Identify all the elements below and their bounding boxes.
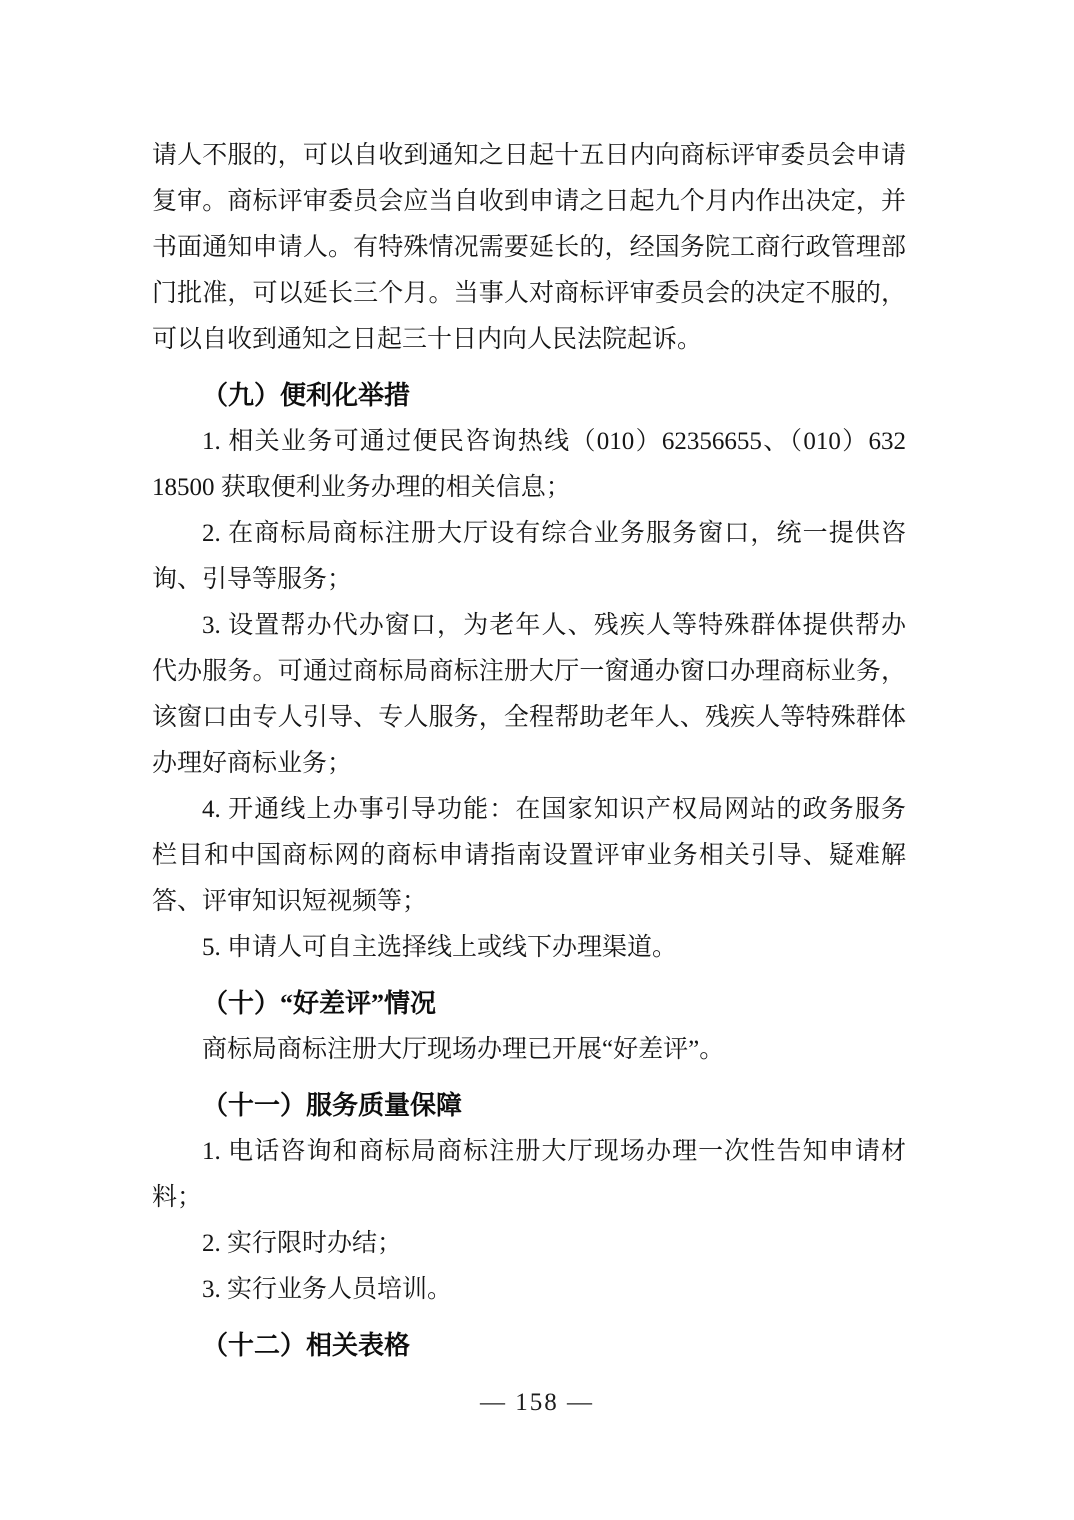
text-line: 4. 开通线上办事引导功能：在国家知识产权局网站的政务服务 xyxy=(152,787,906,833)
section-9-item-5: 5. 申请人可自主选择线上或线下办理渠道。 xyxy=(152,925,906,971)
section-9-item-4: 4. 开通线上办事引导功能：在国家知识产权局网站的政务服务栏目和中国商标网的商标… xyxy=(152,787,906,925)
section-11-item-3: 3. 实行业务人员培训。 xyxy=(152,1267,906,1313)
text-line: 1. 电话咨询和商标局商标注册大厅现场办理一次性告知申请材 xyxy=(152,1129,906,1175)
section-9-item-3: 3. 设置帮办代办窗口，为老年人、残疾人等特殊群体提供帮办代办服务。可通过商标局… xyxy=(152,603,906,787)
section-9-item-2: 2. 在商标局商标注册大厅设有综合业务服务窗口，统一提供咨询、引导等服务； xyxy=(152,511,906,603)
document-page: 请人不服的，可以自收到通知之日起十五日内向商标评审委员会申请复审。商标评审委员会… xyxy=(0,0,1074,1520)
text-line: 2. 在商标局商标注册大厅设有综合业务服务窗口，统一提供咨 xyxy=(152,511,906,557)
text-line: 书面通知申请人。有特殊情况需要延长的，经国务院工商行政管理部 xyxy=(152,225,906,271)
section-12-heading: （十二）相关表格 xyxy=(152,1323,906,1369)
section-9-item-1: 1. 相关业务可通过便民咨询热线（010）62356655、（010）63218… xyxy=(152,419,906,511)
text-line: 3. 设置帮办代办窗口，为老年人、残疾人等特殊群体提供帮办 xyxy=(152,603,906,649)
page-footer: — 158 — xyxy=(0,1383,1074,1423)
text-line: 该窗口由专人引导、专人服务，全程帮助老年人、残疾人等特殊群体 xyxy=(152,695,906,741)
text-line: 门批准，可以延长三个月。当事人对商标评审委员会的决定不服的， xyxy=(152,271,906,317)
continued-paragraph-review: 请人不服的，可以自收到通知之日起十五日内向商标评审委员会申请复审。商标评审委员会… xyxy=(152,133,906,363)
text-line: 料； xyxy=(152,1175,906,1221)
text-line: 复审。商标评审委员会应当自收到申请之日起九个月内作出决定，并 xyxy=(152,179,906,225)
text-line: 请人不服的，可以自收到通知之日起十五日内向商标评审委员会申请 xyxy=(152,133,906,179)
text-line: 答、评审知识短视频等； xyxy=(152,879,906,925)
text-line: 栏目和中国商标网的商标申请指南设置评审业务相关引导、疑难解 xyxy=(152,833,906,879)
section-11-item-2: 2. 实行限时办结； xyxy=(152,1221,906,1267)
section-9-heading: （九）便利化举措 xyxy=(152,373,906,419)
section-11-item-1: 1. 电话咨询和商标局商标注册大厅现场办理一次性告知申请材料； xyxy=(152,1129,906,1221)
page-number: — 158 — xyxy=(480,1389,594,1416)
text-line: 办理好商标业务； xyxy=(152,741,906,787)
text-line: 18500 获取便利业务办理的相关信息； xyxy=(152,465,906,511)
text-line: 商标局商标注册大厅现场办理已开展“好差评”。 xyxy=(152,1027,906,1073)
text-line: 可以自收到通知之日起三十日内向人民法院起诉。 xyxy=(152,317,906,363)
text-line: 询、引导等服务； xyxy=(152,557,906,603)
document-content: 请人不服的，可以自收到通知之日起十五日内向商标评审委员会申请复审。商标评审委员会… xyxy=(152,133,906,1369)
section-10-body: 商标局商标注册大厅现场办理已开展“好差评”。 xyxy=(152,1027,906,1073)
text-line: 5. 申请人可自主选择线上或线下办理渠道。 xyxy=(152,925,906,971)
section-10-heading: （十）“好差评”情况 xyxy=(152,981,906,1027)
text-line: 3. 实行业务人员培训。 xyxy=(152,1267,906,1313)
section-11-heading: （十一）服务质量保障 xyxy=(152,1083,906,1129)
text-line: 2. 实行限时办结； xyxy=(152,1221,906,1267)
text-line: 代办服务。可通过商标局商标注册大厅一窗通办窗口办理商标业务， xyxy=(152,649,906,695)
text-line: 1. 相关业务可通过便民咨询热线（010）62356655、（010）632 xyxy=(152,419,906,465)
